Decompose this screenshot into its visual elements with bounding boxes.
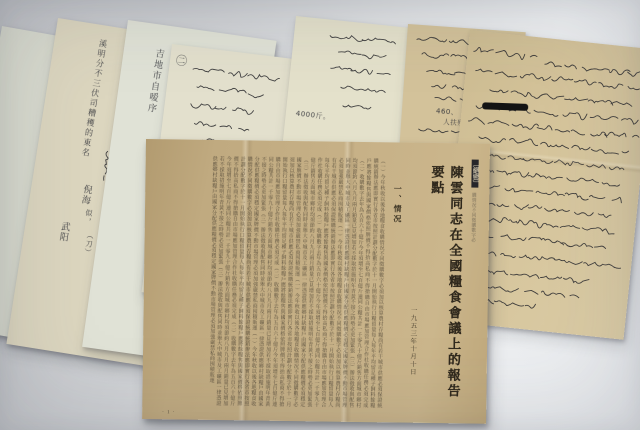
- printed-report-document: 〔絕密〕 購情况不同徵購數字必 陳雲同志在全國糧食會議上的報告要點 一九五三年十…: [142, 139, 490, 424]
- page-number: · 1 ·: [162, 410, 175, 415]
- photo-of-documents: 概括糖食 營收京 風佔定 合计 溪明分不三伏司糟穫的東名 倪海 似， 武阳 （刀…: [0, 0, 640, 430]
- report-page: 〔絕密〕 購情况不同徵購數字必 陳雲同志在全國糧食會議上的報告要點 一九五三年十…: [142, 139, 490, 424]
- classification-column: 〔絕密〕 購情况不同徵購數字必: [467, 160, 479, 410]
- report-body-text: （一）今年秋收以後各地糧食收購情况不同徵購數字必須加以核算農村存糧尚有若干城市供…: [207, 156, 385, 408]
- report-date: 一九五三年十月十日: [407, 159, 419, 409]
- report-title: 陳雲同志在全國糧食會議上的報告要點: [424, 159, 465, 410]
- classification-note: 購情况不同徵購數字必: [472, 193, 478, 243]
- quantity-note: 460、: [436, 108, 459, 117]
- report-section-heading: 一、情况: [389, 158, 403, 408]
- classification-tag: 〔絕密〕: [471, 160, 478, 188]
